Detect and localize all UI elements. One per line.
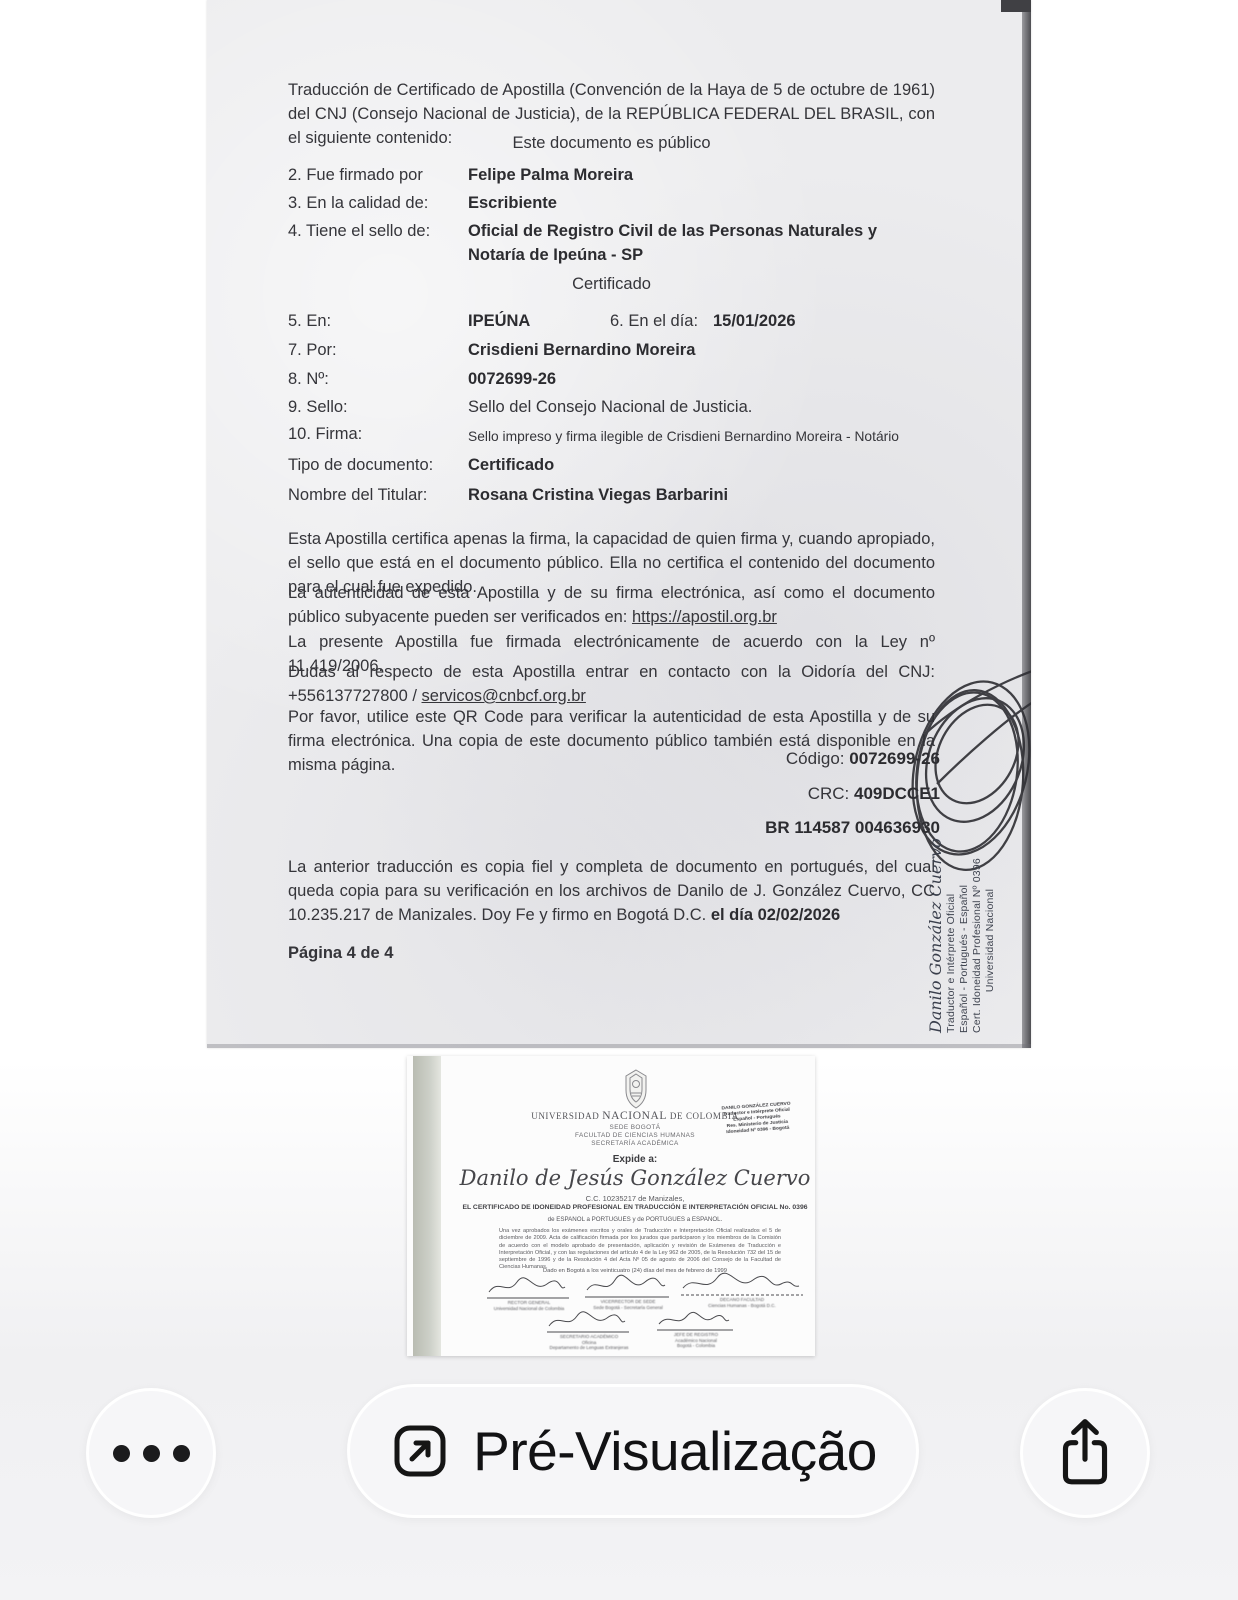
- more-button[interactable]: [86, 1388, 216, 1518]
- row-signed-by: 2. Fue firmado por Felipe Palma Moreira: [288, 163, 935, 187]
- contact-text: Dudas al respecto de esta Apostilla entr…: [288, 663, 935, 705]
- translator-stamp: Danilo González Cuervo Traductor e Intér…: [927, 803, 1007, 1033]
- field-label: 10. Firma:: [288, 422, 362, 446]
- ellipsis-icon: [113, 1445, 190, 1462]
- signature-caption: JEFE DE REGISTRO Académico Nacional Bogo…: [651, 1332, 741, 1349]
- preview-label: Pré-Visualização: [473, 1419, 877, 1483]
- field-label: Nombre del Titular:: [288, 483, 427, 507]
- closing-date: el día 02/02/2026: [711, 906, 840, 924]
- row-en-dia: 5. En: IPEÚNA 6. En el día: 15/01/2026: [288, 309, 935, 333]
- signature-caption: VICERRECTOR DE SEDE Sede Bogotá - Secret…: [583, 1299, 673, 1310]
- public-heading: Este documento es público: [288, 131, 935, 155]
- field-value: Certificado: [468, 453, 938, 477]
- row-firma: 10. Firma: Sello impreso y firma ilegibl…: [288, 422, 935, 446]
- stamp-name: Danilo González Cuervo: [927, 803, 945, 1033]
- row-capacity: 3. En la calidad de: Escribiente: [288, 191, 935, 215]
- open-preview-icon: [389, 1420, 451, 1482]
- contact-paragraph: Dudas al respecto de esta Apostilla entr…: [288, 660, 935, 708]
- codigo-label: Código:: [786, 749, 849, 768]
- signature-caption: DECANO FACULTAD Ciencias Humanas - Bogot…: [687, 1297, 797, 1308]
- closing-paragraph: La anterior traducción es copia fiel y c…: [288, 855, 935, 927]
- scan-corner-mark: [1001, 0, 1031, 12]
- row-numero: 8. Nº: 0072699-26: [288, 367, 935, 391]
- row-por: 7. Por: Crisdieni Bernardino Moreira: [288, 338, 935, 362]
- field-label: Tipo de documento:: [288, 453, 433, 477]
- field-value: Sello impreso y firma ilegible de Crisdi…: [468, 425, 938, 449]
- stamp-line: Traductor e Intérprete Oficial: [945, 803, 958, 1033]
- diploma-thumbnail[interactable]: UNIVERSIDAD NACIONAL DE COLOMBIA SEDE BO…: [407, 1056, 815, 1356]
- contact-link: servicos@cnbcf.org.br: [422, 687, 586, 705]
- signature-caption: RECTOR GENERAL Universidad Nacional de C…: [485, 1300, 573, 1311]
- crc-label: CRC:: [808, 784, 854, 803]
- field-label: 8. Nº:: [288, 367, 329, 391]
- field-label: 7. Por:: [288, 338, 337, 362]
- row-tipo-documento: Tipo de documento: Certificado: [288, 453, 935, 477]
- certificado-heading: Certificado: [288, 272, 935, 296]
- row-titular: Nombre del Titular: Rosana Cristina Vieg…: [288, 483, 935, 507]
- row-sello: 9. Sello: Sello del Consejo Nacional de …: [288, 395, 935, 419]
- field-label: 5. En:: [288, 309, 331, 333]
- field-label: 4. Tiene el sello de:: [288, 219, 430, 243]
- field-label: 2. Fue firmado por: [288, 163, 423, 187]
- verify-text: La autenticidad de esta Apostilla y de s…: [288, 584, 935, 626]
- field-value: IPEÚNA: [468, 309, 608, 333]
- row-seal-of: 4. Tiene el sello de: Oficial de Registr…: [288, 219, 935, 267]
- field-value: 0072699-26: [468, 367, 938, 391]
- stamp-line: Español - Portugués - Español: [958, 803, 971, 1033]
- verify-paragraph: La autenticidad de esta Apostilla y de s…: [288, 581, 935, 629]
- diploma-signatures-icon: [407, 1056, 815, 1356]
- verify-link: https://apostil.org.br: [632, 608, 777, 626]
- field-value: Crisdieni Bernardino Moreira: [468, 338, 938, 362]
- document-page[interactable]: Traducción de Certificado de Apostilla (…: [207, 0, 1031, 1048]
- preview-screen: Traducción de Certificado de Apostilla (…: [0, 0, 1238, 1600]
- field-label: 6. En el día:: [610, 309, 698, 333]
- field-value: Escribiente: [468, 191, 938, 215]
- field-label: 9. Sello:: [288, 395, 348, 419]
- field-label: 3. En la calidad de:: [288, 191, 428, 215]
- share-button[interactable]: [1020, 1388, 1150, 1518]
- field-value: Rosana Cristina Viegas Barbarini: [468, 483, 938, 507]
- scan-bottom-shadow: [207, 1044, 1031, 1048]
- signature-caption: SECRETARIO ACADÉMICO Oficina Departament…: [541, 1334, 637, 1351]
- stamp-line: Universidad Nacional: [984, 848, 997, 1033]
- field-value: Felipe Palma Moreira: [468, 163, 938, 187]
- field-value: 15/01/2026: [713, 309, 913, 333]
- page-number: Página 4 de 4: [288, 941, 393, 965]
- stamp-line: Cert. Idoneidad Profesional Nº 0396: [971, 803, 984, 1033]
- preview-button[interactable]: Pré-Visualização: [347, 1384, 919, 1518]
- field-value: Sello del Consejo Nacional de Justicia.: [468, 395, 938, 419]
- share-icon: [1054, 1416, 1116, 1490]
- field-value: Oficial de Registro Civil de las Persona…: [468, 219, 938, 267]
- scan-edge-shadow: [1022, 0, 1031, 1048]
